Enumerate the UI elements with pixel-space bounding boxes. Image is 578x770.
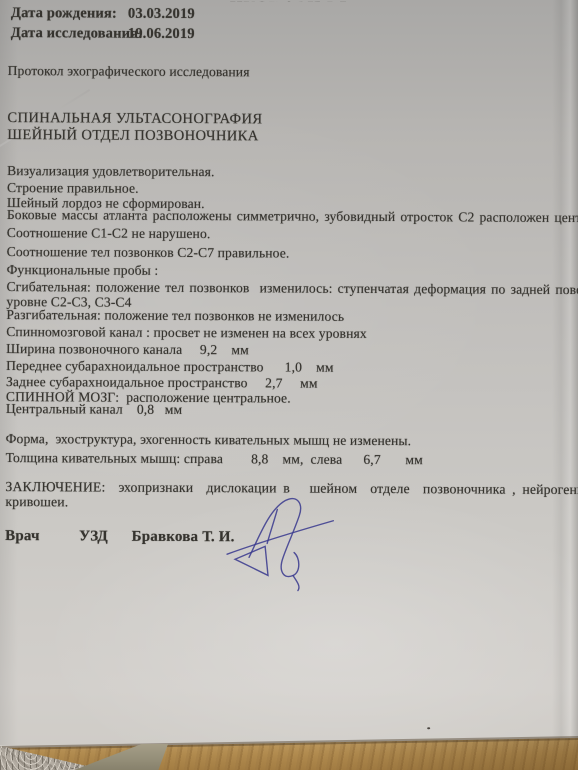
finding-line: Разгибательная: положение тел позвонков … xyxy=(6,308,344,324)
finding-line: Форма, эхоструктура, эхогенность кивател… xyxy=(6,432,412,448)
finding-line: Центральный канал 0,8 мм xyxy=(6,402,182,417)
document-title-line1: СПИНАЛЬНАЯ УЛЬТАСОНОГРАФИЯ xyxy=(7,111,262,128)
doctor-signature-ink xyxy=(219,493,345,594)
finding-line: Боковые массы атланта расположены симмет… xyxy=(7,208,578,226)
document-title-line2: ШЕЙНЫЙ ОТДЕЛ ПОЗВОНОЧНИКА xyxy=(7,128,258,145)
study-date-label: Дата исследования: xyxy=(11,25,143,42)
dust-speck xyxy=(427,727,430,729)
finding-line: Визуализация удовлетворительная. xyxy=(7,164,215,179)
patient-name-cutoff: ИКОНОВИЧ 1 xyxy=(230,1,360,9)
doctor-signature-row: Врач УЗД Бравкова Т. И. xyxy=(5,529,235,546)
birth-date-row: Дата рождения:03.03.2019 xyxy=(11,6,117,22)
study-date-row: Дата исследования:19.06.2019 xyxy=(11,26,143,42)
finding-line: Толщина кивательных мышц: справа 8,8 мм,… xyxy=(6,451,423,467)
protocol-heading: Протокол эхографического исследования xyxy=(8,64,250,80)
finding-line: Соотношение тел позвонков С2-С7 правильн… xyxy=(7,245,290,261)
birth-date-label: Дата рождения: xyxy=(11,5,117,22)
finding-line: Функциональные пробы : xyxy=(7,263,159,278)
document-photo: ИКОНОВИЧ 1 Дата рождения:03.03.2019 Дата… xyxy=(0,0,578,770)
birth-date-value: 03.03.2019 xyxy=(128,7,195,23)
finding-line: Переднее субарахноидальное пространство … xyxy=(6,359,334,375)
study-date-value: 19.06.2019 xyxy=(128,27,195,43)
finding-line: Строение правильное. xyxy=(7,181,139,196)
finding-line: Соотношение С1-С2 не нарушено. xyxy=(7,226,211,241)
document-text: ИКОНОВИЧ 1 Дата рождения:03.03.2019 Дата… xyxy=(0,0,578,751)
finding-line: Спинномозговой канал : просвет не измене… xyxy=(6,325,367,341)
conclusion-line-2: кривошеи. xyxy=(5,495,68,510)
finding-line: Ширина позвоночного канала 9,2 мм xyxy=(6,342,249,358)
